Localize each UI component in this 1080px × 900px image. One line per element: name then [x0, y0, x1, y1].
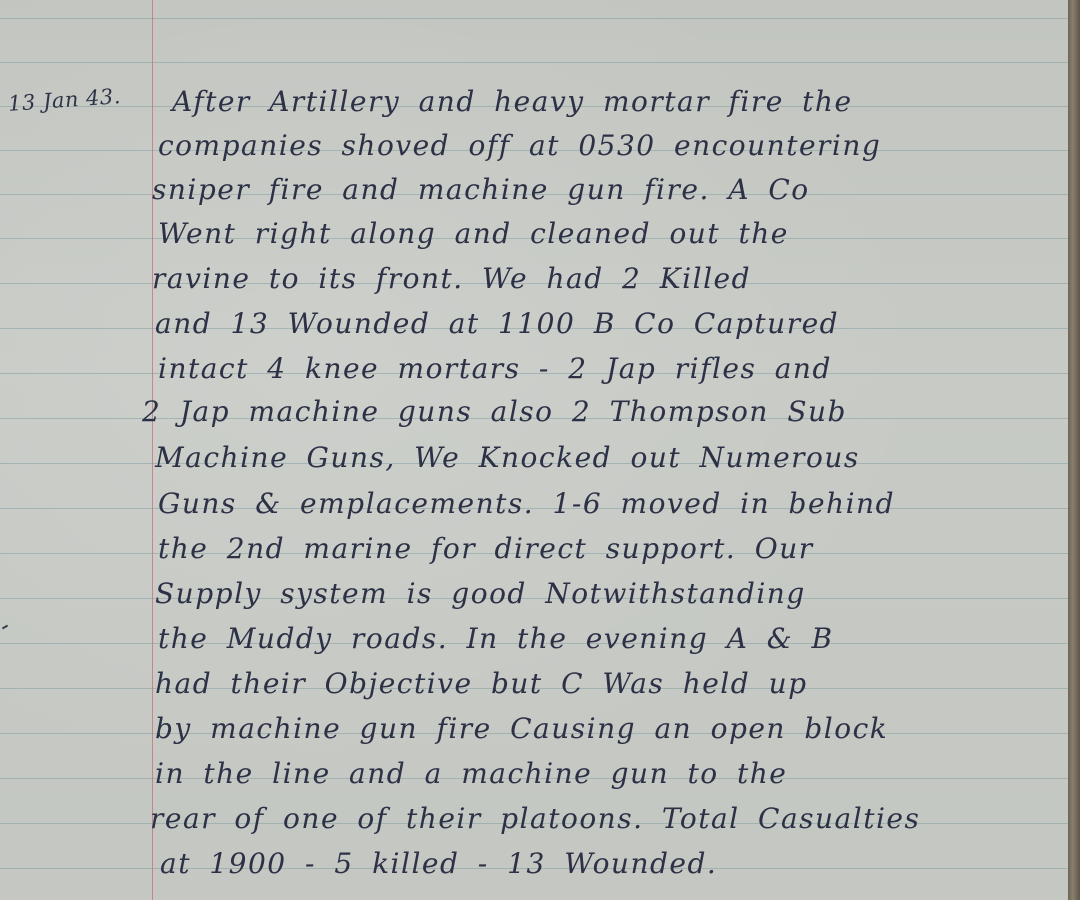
ruled-line — [0, 62, 1068, 63]
handwritten-line: and 13 Wounded at 1100 B Co Captured — [155, 306, 839, 342]
handwritten-line: rear of one of their platoons. Total Cas… — [150, 801, 920, 837]
handwritten-line: 2 Jap machine guns also 2 Thompson Sub — [142, 394, 847, 430]
handwritten-line: companies shoved off at 0530 encounterin… — [158, 128, 881, 164]
handwritten-line: Supply system is good Notwithstanding — [155, 576, 806, 612]
notebook-binding-edge — [1068, 0, 1080, 900]
handwritten-line: After Artillery and heavy mortar fire th… — [172, 84, 853, 120]
handwritten-line: the Muddy roads. In the evening A & B — [158, 621, 834, 657]
stray-ink-mark — [2, 625, 8, 630]
handwritten-line: intact 4 knee mortars - 2 Jap rifles and — [158, 351, 832, 387]
handwritten-line: at 1900 - 5 killed - 13 Wounded. — [160, 846, 717, 882]
handwritten-line: in the line and a machine gun to the — [155, 756, 787, 792]
margin-line — [152, 0, 153, 900]
handwritten-line: ravine to its front. We had 2 Killed — [152, 261, 751, 297]
notebook-page: 13 Jan 43. After Artillery and heavy mor… — [0, 0, 1068, 900]
handwritten-line: had their Objective but C Was held up — [155, 666, 808, 702]
handwritten-line: by machine gun fire Causing an open bloc… — [155, 711, 888, 747]
handwritten-line: sniper fire and machine gun fire. A Co — [152, 172, 810, 208]
handwritten-line: Machine Guns, We Knocked out Numerous — [155, 440, 860, 476]
entry-date: 13 Jan 43. — [7, 84, 121, 116]
handwritten-line: the 2nd marine for direct support. Our — [158, 531, 814, 567]
handwritten-line: Went right along and cleaned out the — [158, 216, 789, 252]
handwritten-line: Guns & emplacements. 1-6 moved in behind — [158, 486, 895, 522]
ruled-line — [0, 18, 1068, 19]
